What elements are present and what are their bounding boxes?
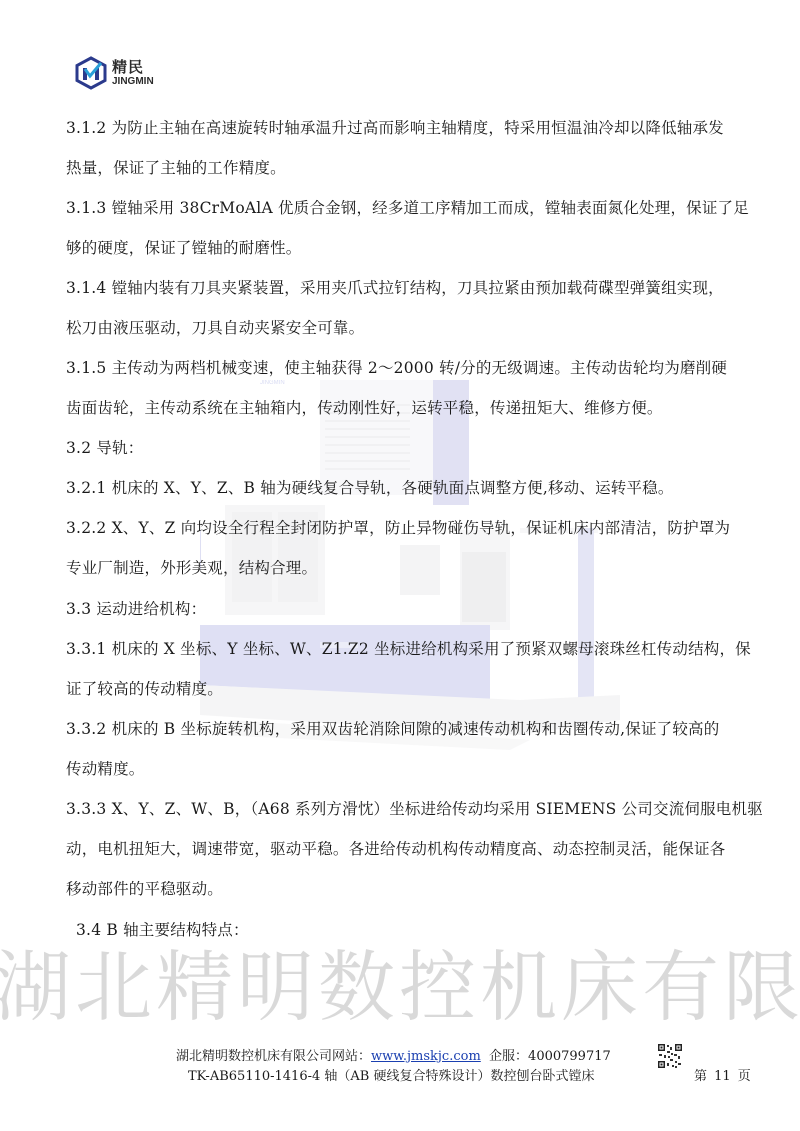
qr-code-icon (657, 1043, 683, 1069)
paragraph-3-3-3-line2: 动，电机扭矩大，调速带宽，驱动平稳。各进给传动机构传动精度高、动态控制灵活，能保… (66, 837, 725, 859)
paragraph-3-1-5-line1: 3.1.5 主传动为两档机械变速，使主轴获得 2～2000 转/分的无级调速。主… (66, 356, 727, 378)
paragraph-3-3-3-line3: 移动部件的平稳驱动。 (66, 877, 223, 899)
paragraph-3-3-3-line1: 3.3.3 X、Y、Z、W、B，（A68 系列方滑忱）坐标进给传动均采用 SIE… (66, 797, 763, 819)
section-heading-3-3: 3.3 运动进给机构： (66, 597, 206, 619)
paragraph-3-1-5-line2: 齿面齿轮，主传动系统在主轴箱内，传动刚性好，运转平稳，传递扭矩大、维修方便。 (66, 396, 663, 418)
machine-logo-text: JINGMIN (260, 380, 285, 386)
jingmin-logo-icon (74, 56, 108, 90)
footer-contact-line: 湖北精明数控机床有限公司网站：www.jmskjc.com 企服：4000799… (176, 1045, 611, 1064)
logo-english-name: JINGMIN (112, 77, 154, 87)
website-link[interactable]: www.jmskjc.com (371, 1049, 481, 1064)
paragraph-3-1-4-line1: 3.1.4 镗轴内装有刀具夹紧装置，采用夹爪式拉钉结构，刀具拉紧由预加载荷碟型弹… (66, 276, 724, 298)
section-heading-3-4: 3.4 B 轴主要结构特点： (76, 918, 249, 940)
paragraph-3-3-2-line1: 3.3.2 机床的 B 坐标旋转机构，采用双齿轮消除间隙的减速传动机构和齿圈传动… (66, 717, 719, 739)
paragraph-3-3-2-line2: 传动精度。 (66, 757, 145, 779)
company-name-watermark: 湖北精明数控机床有限公司 (0, 950, 800, 1027)
paragraph-3-2-2-line2: 专业厂制造，外形美观，结构合理。 (66, 556, 317, 578)
section-heading-3-2: 3.2 导轨： (66, 436, 143, 458)
paragraph-3-2-2-line1: 3.2.2 X、Y、Z 向均设全行程全封闭防护罩，防止异物碰伤导轨，保证机床内部… (66, 516, 730, 538)
document-page: JINGMIN 精民 JINGMIN 3.1.2 为防止主轴在 (0, 0, 800, 1131)
paragraph-3-1-2-line1: 3.1.2 为防止主轴在高速旋转时轴承温升过高而影响主轴精度，特采用恒温油冷却以… (66, 116, 724, 138)
logo-chinese-name: 精民 (112, 60, 154, 75)
page-number: 第 11 页 (694, 1065, 751, 1084)
company-logo: 精民 JINGMIN (74, 56, 154, 90)
paragraph-3-1-3-line2: 够的硬度，保证了镗轴的耐磨性。 (66, 236, 302, 258)
paragraph-3-3-1-line1: 3.3.1 机床的 X 坐标、Y 坐标、W、Z1.Z2 坐标进给机构采用了预紧双… (66, 637, 751, 659)
footer-site-label: 湖北精明数控机床有限公司网站： (176, 1049, 371, 1064)
footer-service-phone: 企服：4000799717 (489, 1049, 611, 1064)
paragraph-3-1-2-line2: 热量，保证了主轴的工作精度。 (66, 156, 286, 178)
footer-document-title: TK-AB65110-1416-4 轴（AB 硬线复合特殊设计）数控刨台卧式镗床 (188, 1065, 594, 1084)
paragraph-3-1-3-line1: 3.1.3 镗轴采用 38CrMoAlA 优质合金钢，经多道工序精加工而成，镗轴… (66, 196, 749, 218)
paragraph-3-1-4-line2: 松刀由液压驱动，刀具自动夹紧安全可靠。 (66, 316, 364, 338)
paragraph-3-2-1: 3.2.1 机床的 X、Y、Z、B 轴为硬线复合导轨，各硬轨面点调整方便,移动、… (66, 476, 674, 498)
paragraph-3-3-1-line2: 证了较高的传动精度。 (66, 677, 223, 699)
